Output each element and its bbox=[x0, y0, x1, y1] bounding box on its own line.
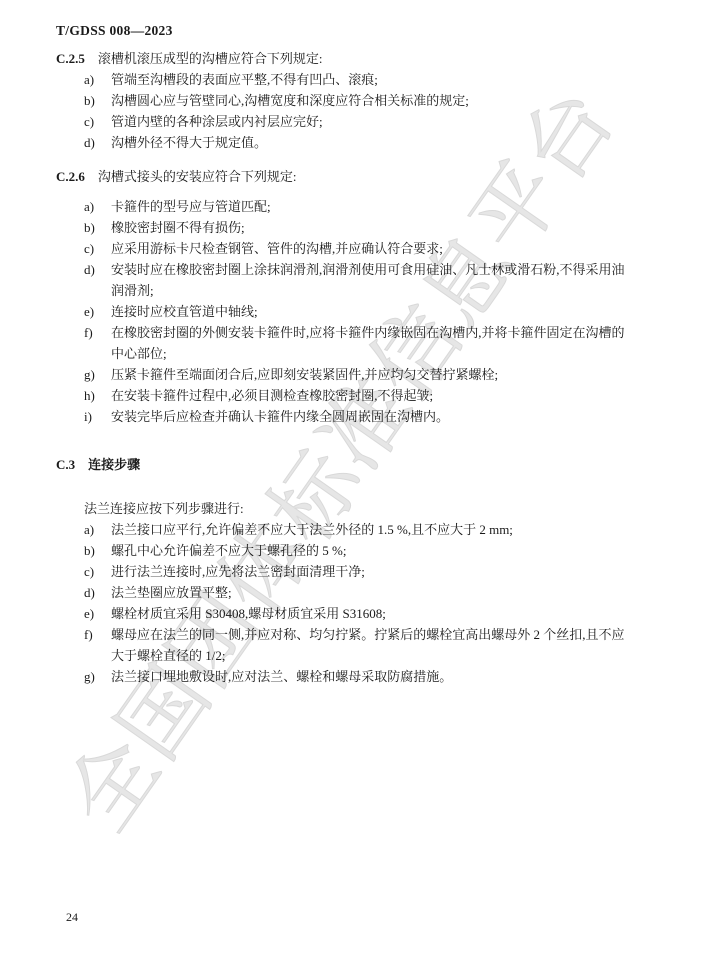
item-label: h) bbox=[84, 385, 111, 406]
list-item: a) 法兰接口应平行,允许偏差不应大于法兰外径的 1.5 %,且不应大于 2 m… bbox=[84, 519, 660, 540]
clause-item-list: a) 卡箍件的型号应与管道匹配; b) 橡胶密封圈不得有损伤; c) 应采用游标… bbox=[84, 196, 660, 427]
item-text: 在安装卡箍件过程中,必须目测检查橡胶密封圈,不得起皱; bbox=[111, 385, 660, 406]
item-label: c) bbox=[84, 111, 111, 132]
list-item: c) 应采用游标卡尺检查钢管、管件的沟槽,并应确认符合要求; bbox=[84, 238, 660, 259]
item-text: 螺栓材质宜采用 S30408,螺母材质宜采用 S31608; bbox=[111, 603, 660, 624]
item-label: i) bbox=[84, 406, 111, 427]
item-label: g) bbox=[84, 666, 111, 687]
list-item: d) 沟槽外径不得大于规定值。 bbox=[84, 132, 660, 153]
item-label: f) bbox=[84, 624, 111, 666]
clause-title: 沟槽式接头的安装应符合下列规定: bbox=[98, 166, 297, 187]
page-number: 24 bbox=[66, 910, 78, 925]
list-item: c) 管道内壁的各种涂层或内衬层应完好; bbox=[84, 111, 660, 132]
item-label: f) bbox=[84, 322, 111, 364]
list-item: d) 安装时应在橡胶密封圈上涂抹润滑剂,润滑剂使用可食用硅油、凡士林或滑石粉,不… bbox=[84, 259, 660, 301]
item-text: 压紧卡箍件至端面闭合后,应即刻安装紧固件,并应均匀交替拧紧螺栓; bbox=[111, 364, 660, 385]
clause-number: C.2.6 bbox=[56, 166, 85, 187]
item-text: 螺母应在法兰的同一侧,并应对称、均匀拧紧。拧紧后的螺栓宜高出螺母外 2 个丝扣,… bbox=[111, 624, 660, 666]
item-text: 橡胶密封圈不得有损伤; bbox=[111, 217, 660, 238]
item-text: 法兰接口应平行,允许偏差不应大于法兰外径的 1.5 %,且不应大于 2 mm; bbox=[111, 519, 660, 540]
clause-item-list: a) 法兰接口应平行,允许偏差不应大于法兰外径的 1.5 %,且不应大于 2 m… bbox=[84, 519, 660, 687]
section-intro: 法兰连接应按下列步骤进行: bbox=[84, 498, 660, 519]
item-text: 法兰接口埋地敷设时,应对法兰、螺栓和螺母采取防腐措施。 bbox=[111, 666, 660, 687]
item-label: b) bbox=[84, 90, 111, 111]
document-page: 全国团体标准信息平台 T/GDSS 008—2023 C.2.5 滚槽机滚压成型… bbox=[0, 0, 709, 971]
item-label: e) bbox=[84, 603, 111, 624]
item-text: 沟槽圆心应与管壁同心,沟槽宽度和深度应符合相关标准的规定; bbox=[111, 90, 660, 111]
list-item: f) 在橡胶密封圈的外侧安装卡箍件时,应将卡箍件内缘嵌固在沟槽内,并将卡箍件固定… bbox=[84, 322, 660, 364]
item-label: b) bbox=[84, 217, 111, 238]
item-label: b) bbox=[84, 540, 111, 561]
document-body: C.2.5 滚槽机滚压成型的沟槽应符合下列规定: a) 管端至沟槽段的表面应平整… bbox=[56, 48, 660, 687]
clause-title: 滚槽机滚压成型的沟槽应符合下列规定: bbox=[98, 48, 323, 69]
item-text: 在橡胶密封圈的外侧安装卡箍件时,应将卡箍件内缘嵌固在沟槽内,并将卡箍件固定在沟槽… bbox=[111, 322, 660, 364]
item-label: d) bbox=[84, 132, 111, 153]
list-item: e) 连接时应校直管道中轴线; bbox=[84, 301, 660, 322]
item-text: 管端至沟槽段的表面应平整,不得有凹凸、滚痕; bbox=[111, 69, 660, 90]
item-label: a) bbox=[84, 196, 111, 217]
clause-number: C.2.5 bbox=[56, 48, 85, 69]
item-label: c) bbox=[84, 561, 111, 582]
item-label: c) bbox=[84, 238, 111, 259]
list-item: c) 进行法兰连接时,应先将法兰密封面清理干净; bbox=[84, 561, 660, 582]
item-label: e) bbox=[84, 301, 111, 322]
item-text: 安装完毕后应检查并确认卡箍件内缘全圆周嵌固在沟槽内。 bbox=[111, 406, 660, 427]
section-c26: C.2.6 沟槽式接头的安装应符合下列规定: a) 卡箍件的型号应与管道匹配; … bbox=[56, 166, 660, 427]
item-label: g) bbox=[84, 364, 111, 385]
item-text: 进行法兰连接时,应先将法兰密封面清理干净; bbox=[111, 561, 660, 582]
item-text: 沟槽外径不得大于规定值。 bbox=[111, 132, 660, 153]
list-item: b) 沟槽圆心应与管壁同心,沟槽宽度和深度应符合相关标准的规定; bbox=[84, 90, 660, 111]
clause-title: 连接步骤 bbox=[88, 454, 140, 475]
item-text: 管道内壁的各种涂层或内衬层应完好; bbox=[111, 111, 660, 132]
list-item: a) 卡箍件的型号应与管道匹配; bbox=[84, 196, 660, 217]
item-text: 螺孔中心允许偏差不应大于螺孔径的 5 %; bbox=[111, 540, 660, 561]
clause-heading: C.2.6 沟槽式接头的安装应符合下列规定: bbox=[56, 166, 660, 187]
item-label: d) bbox=[84, 259, 111, 301]
list-item: f) 螺母应在法兰的同一侧,并应对称、均匀拧紧。拧紧后的螺栓宜高出螺母外 2 个… bbox=[84, 624, 660, 666]
list-item: e) 螺栓材质宜采用 S30408,螺母材质宜采用 S31608; bbox=[84, 603, 660, 624]
clause-number: C.3 bbox=[56, 454, 75, 475]
section-c3: C.3 连接步骤 法兰连接应按下列步骤进行: a) 法兰接口应平行,允许偏差不应… bbox=[56, 454, 660, 687]
clause-heading: C.2.5 滚槽机滚压成型的沟槽应符合下列规定: bbox=[56, 48, 660, 69]
list-item: g) 压紧卡箍件至端面闭合后,应即刻安装紧固件,并应均匀交替拧紧螺栓; bbox=[84, 364, 660, 385]
item-label: d) bbox=[84, 582, 111, 603]
item-text: 法兰垫圈应放置平整; bbox=[111, 582, 660, 603]
item-text: 应采用游标卡尺检查钢管、管件的沟槽,并应确认符合要求; bbox=[111, 238, 660, 259]
standard-number-header: T/GDSS 008—2023 bbox=[56, 23, 173, 39]
item-text: 安装时应在橡胶密封圈上涂抹润滑剂,润滑剂使用可食用硅油、凡士林或滑石粉,不得采用… bbox=[111, 259, 660, 301]
list-item: h) 在安装卡箍件过程中,必须目测检查橡胶密封圈,不得起皱; bbox=[84, 385, 660, 406]
clause-item-list: a) 管端至沟槽段的表面应平整,不得有凹凸、滚痕; b) 沟槽圆心应与管壁同心,… bbox=[84, 69, 660, 153]
section-heading: C.3 连接步骤 bbox=[56, 454, 660, 475]
list-item: b) 螺孔中心允许偏差不应大于螺孔径的 5 %; bbox=[84, 540, 660, 561]
item-text: 连接时应校直管道中轴线; bbox=[111, 301, 660, 322]
list-item: d) 法兰垫圈应放置平整; bbox=[84, 582, 660, 603]
item-label: a) bbox=[84, 519, 111, 540]
list-item: a) 管端至沟槽段的表面应平整,不得有凹凸、滚痕; bbox=[84, 69, 660, 90]
item-text: 卡箍件的型号应与管道匹配; bbox=[111, 196, 660, 217]
list-item: i) 安装完毕后应检查并确认卡箍件内缘全圆周嵌固在沟槽内。 bbox=[84, 406, 660, 427]
item-label: a) bbox=[84, 69, 111, 90]
section-c25: C.2.5 滚槽机滚压成型的沟槽应符合下列规定: a) 管端至沟槽段的表面应平整… bbox=[56, 48, 660, 153]
list-item: g) 法兰接口埋地敷设时,应对法兰、螺栓和螺母采取防腐措施。 bbox=[84, 666, 660, 687]
list-item: b) 橡胶密封圈不得有损伤; bbox=[84, 217, 660, 238]
